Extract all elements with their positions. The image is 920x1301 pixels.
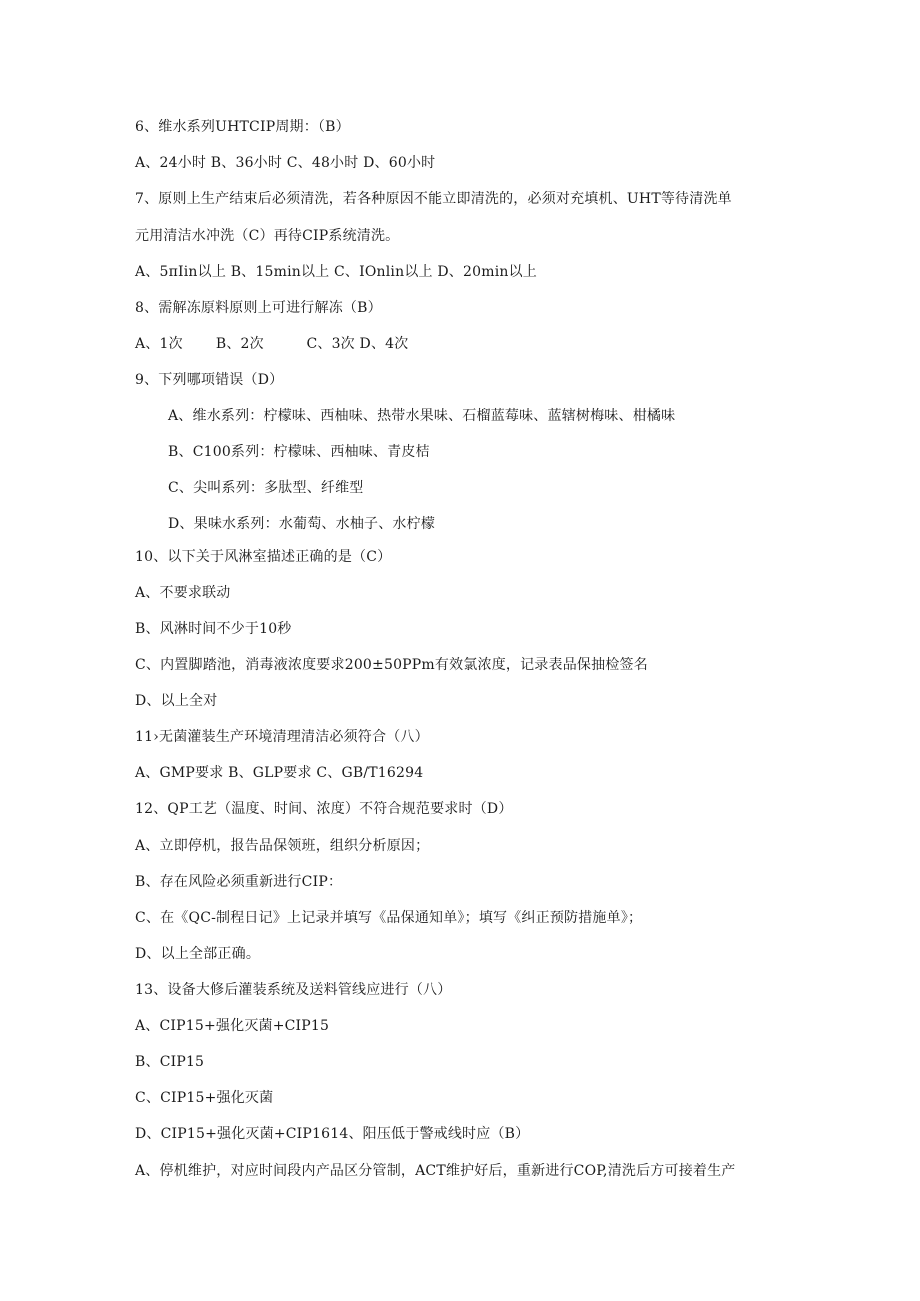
question-13-option-d-question-14: D、CIP15+强化灭菌+CIP1614、阳压低于警戒线时应（B） [135, 1124, 529, 1144]
question-9-option-c: C、尖叫系列：多肽型、纤维型 [168, 478, 364, 498]
question-8-options: A、1次 B、2次 C、3次 D、4次 [135, 334, 408, 354]
question-12-option-a: A、立即停机，报告品保领班，组织分析原因； [135, 836, 429, 856]
question-11-options: A、GMP要求 B、GLP要求 C、GB/T16294 [135, 763, 423, 783]
question-9-option-d: D、果味水系列：水葡萄、水柚子、水柠檬 [168, 514, 435, 534]
question-13-option-a: A、CIP15+强化灭菌+CIP15 [135, 1016, 329, 1036]
question-7: 7、原则上生产结束后必须清洗，若各种原因不能立即清洗的，必须对充填机、UHT等待… [135, 189, 732, 209]
question-10-option-a: A、不要求联动 [135, 583, 231, 603]
question-9: 9、下列哪项错误（D） [135, 370, 283, 390]
question-14-option-a: A、停机维护，对应时间段内产品区分管制，ACT维护好后，重新进行COP,清洗后方… [135, 1161, 736, 1181]
question-13-option-b: B、CIP15 [135, 1052, 204, 1072]
question-10-option-c: C、内置脚踏池，消毒液浓度要求200±50PPm有效氯浓度，记录表品保抽检签名 [135, 655, 648, 675]
question-12-option-c: C、在《QC-制程日记》上记录并填写《品保通知单》；填写《纠正预防措施单》； [135, 908, 642, 928]
question-6: 6、维水系列UHTCIP周期：（B） [135, 117, 350, 137]
question-8: 8、需解冻原料原则上可进行解冻（B） [135, 298, 382, 318]
question-10: 10、以下关于风淋室描述正确的是（C） [135, 547, 391, 567]
question-7-continued: 元用清洁水冲洗（C）再待CIP系统清洗。 [135, 226, 399, 246]
question-9-option-a: A、维水系列：柠檬味、西柚味、热带水果味、石榴蓝莓味、蓝辖树梅味、柑橘味 [168, 406, 675, 426]
question-13: 13、设备大修后灌装系统及送料管线应进行（八） [135, 980, 451, 1000]
question-10-option-d: D、以上全对 [135, 691, 217, 711]
question-6-options: A、24小时 B、36小时 C、48小时 D、60小时 [135, 153, 435, 173]
question-11: 11›无菌灌装生产环境清理清洁必须符合（八） [135, 727, 429, 747]
question-12-option-b: B、存在风险必须重新进行CIP： [135, 872, 342, 892]
question-12: 12、QP工艺（温度、时间、浓度）不符合规范要求时（D） [135, 799, 513, 819]
question-13-option-c: C、CIP15+强化灭菌 [135, 1088, 273, 1108]
document-page: 6、维水系列UHTCIP周期：（B） A、24小时 B、36小时 C、48小时 … [0, 0, 920, 1301]
question-9-option-b: B、C100系列：柠檬味、西柚味、青皮桔 [168, 442, 430, 462]
question-7-options: A、5πIin以上 B、15min以上 C、IOnlin以上 D、20min以上 [135, 262, 537, 282]
question-12-option-d: D、以上全部正确。 [135, 944, 260, 964]
question-10-option-b: B、风淋时间不少于10秒 [135, 619, 292, 639]
